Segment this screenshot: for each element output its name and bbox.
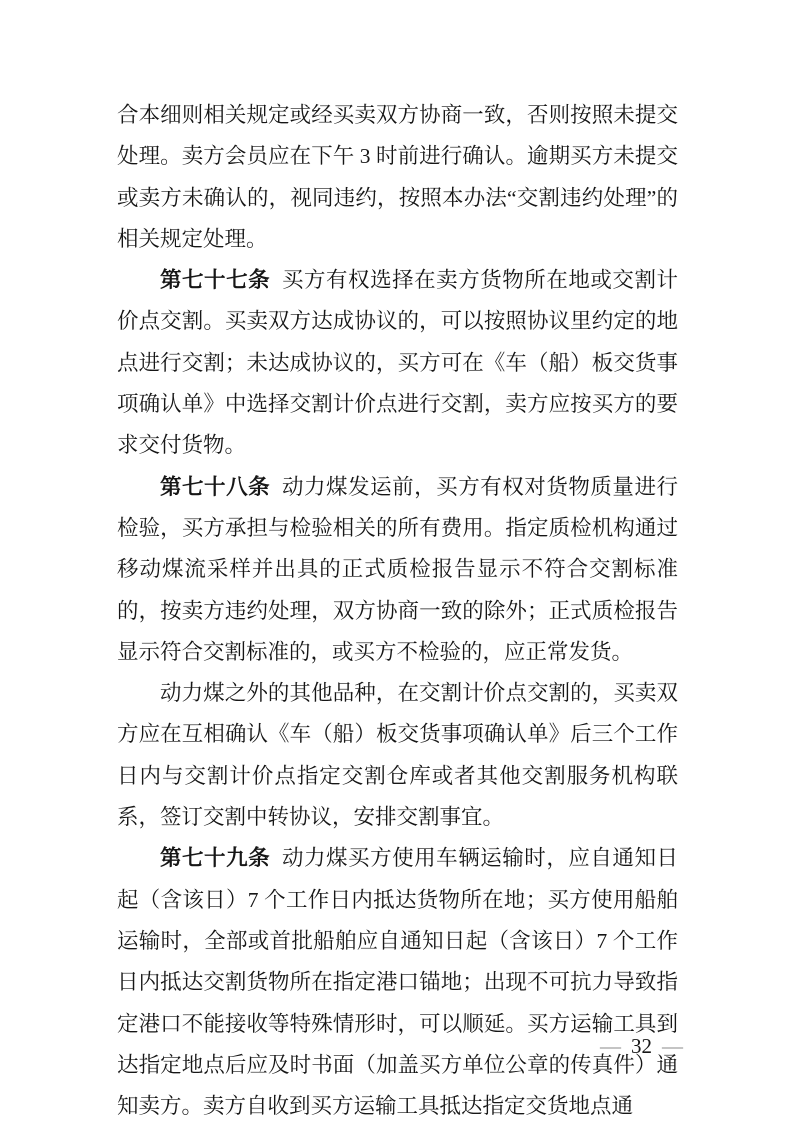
paragraph-text: 合本细则相关规定或经买卖双方协商一致，否则按照未提交处理。卖方会员应在下午 3 … [117,103,678,251]
document-page: 合本细则相关规定或经买卖双方协商一致，否则按照未提交处理。卖方会员应在下午 3 … [0,0,793,1122]
paragraph-article-78: 第七十八条动力煤发运前，买方有权对货物质量进行检验，买方承担与检验相关的所有费用… [117,467,678,673]
page-footer: —32— [600,1032,683,1060]
paragraph-text: 动力煤发运前，买方有权对货物质量进行检验，买方承担与检验相关的所有费用。指定质检… [117,475,678,664]
paragraph-text: 动力煤之外的其他品种，在交割计价点交割的，买卖双方应在互相确认《车（船）板交货事… [117,681,678,829]
footer-right-dash: — [662,1034,683,1058]
paragraph-article-79: 第七十九条动力煤买方使用车辆运输时，应自通知日起（含该日）7 个工作日内抵达货物… [117,838,678,1122]
article-number: 第七十九条 [160,846,270,870]
paragraph-text: 动力煤买方使用车辆运输时，应自通知日起（含该日）7 个工作日内抵达货物所在地；买… [117,846,678,1118]
footer-left-dash: — [600,1034,621,1058]
article-number: 第七十八条 [160,475,270,499]
paragraph-text: 买方有权选择在卖方货物所在地或交割计价点交割。买卖双方达成协议的，可以按照协议里… [117,268,678,457]
paragraph-article-77: 第七十七条买方有权选择在卖方货物所在地或交割计价点交割。买卖双方达成协议的，可以… [117,260,678,466]
paragraph-continuation: 合本细则相关规定或经买卖双方协商一致，否则按照未提交处理。卖方会员应在下午 3 … [117,95,678,260]
paragraph-other-varieties: 动力煤之外的其他品种，在交割计价点交割的，买卖双方应在互相确认《车（船）板交货事… [117,673,678,838]
article-number: 第七十七条 [160,268,270,292]
page-number: 32 [631,1034,652,1058]
document-body: 合本细则相关规定或经买卖双方协商一致，否则按照未提交处理。卖方会员应在下午 3 … [117,95,678,1122]
